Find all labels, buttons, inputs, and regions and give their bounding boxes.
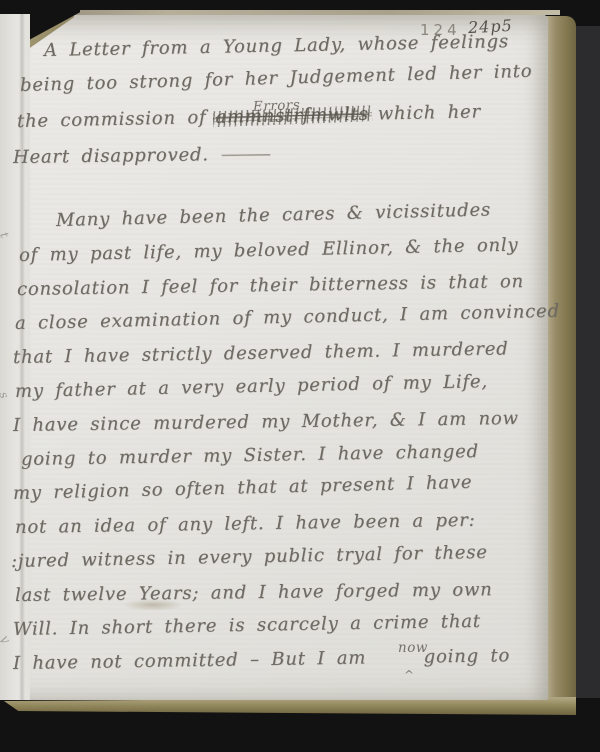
manuscript-line: a close examination of my conduct, I am … <box>15 301 560 334</box>
manuscript-line: A Letter from a Young Lady, whose feelin… <box>44 31 509 61</box>
deleted-word-scribble: ammnstrfmwlts <box>215 104 369 128</box>
manuscript-line: Many have been the cares & vicissitudes <box>56 199 491 231</box>
gutter-ink-fragment: t <box>0 230 12 240</box>
manuscript-line: the commission ofammnstrfmwltswhich her <box>17 101 481 132</box>
manuscript-line: not an idea of any left. I have been a p… <box>15 510 476 538</box>
manuscript-line: my religion so often that at present I h… <box>13 472 473 504</box>
ink-smudge <box>122 599 184 611</box>
manuscript-line: consolation I feel for their bitterness … <box>17 271 524 300</box>
manuscript-line: of my past life, my beloved Ellinor, & t… <box>19 235 519 266</box>
handwriting-layer: 124 24p5 A Letter from a Young Lady, who… <box>0 0 600 752</box>
manuscript-line: last twelve Years; and I have forged my … <box>15 579 493 606</box>
manuscript-line: going to murder my Sister. I have change… <box>21 441 479 470</box>
manuscript-line: :jured witness in every public tryal for… <box>11 542 488 572</box>
gutter-ink-fragment: s <box>0 390 12 401</box>
manuscript-line: my father at a very early period of my L… <box>15 371 488 402</box>
gutter-ink-fragment: y <box>0 633 13 646</box>
scanned-manuscript-photo: 124 24p5 A Letter from a Young Lady, who… <box>0 0 600 752</box>
manuscript-line: being too strong for her Judgement led h… <box>20 61 533 96</box>
line-text: I have not committed – But I am <box>13 647 366 674</box>
line-text: going to <box>424 645 511 667</box>
line-text: which her <box>378 101 482 124</box>
manuscript-line: I have since murdered my Mother, & I am … <box>13 408 519 436</box>
manuscript-line: Will. In short there is scarcely a crime… <box>13 611 481 640</box>
manuscript-line: Heart disapproved.——— <box>13 143 269 168</box>
flourish-dash: ——— <box>221 143 269 165</box>
line-text: the commission of <box>17 107 207 132</box>
manuscript-line: that I have strictly deserved them. I mu… <box>13 338 509 368</box>
manuscript-line: I have not committed – But I am going to <box>13 645 510 674</box>
insertion-caret: ^ <box>404 668 415 682</box>
line-text: Heart disapproved. <box>13 144 209 168</box>
